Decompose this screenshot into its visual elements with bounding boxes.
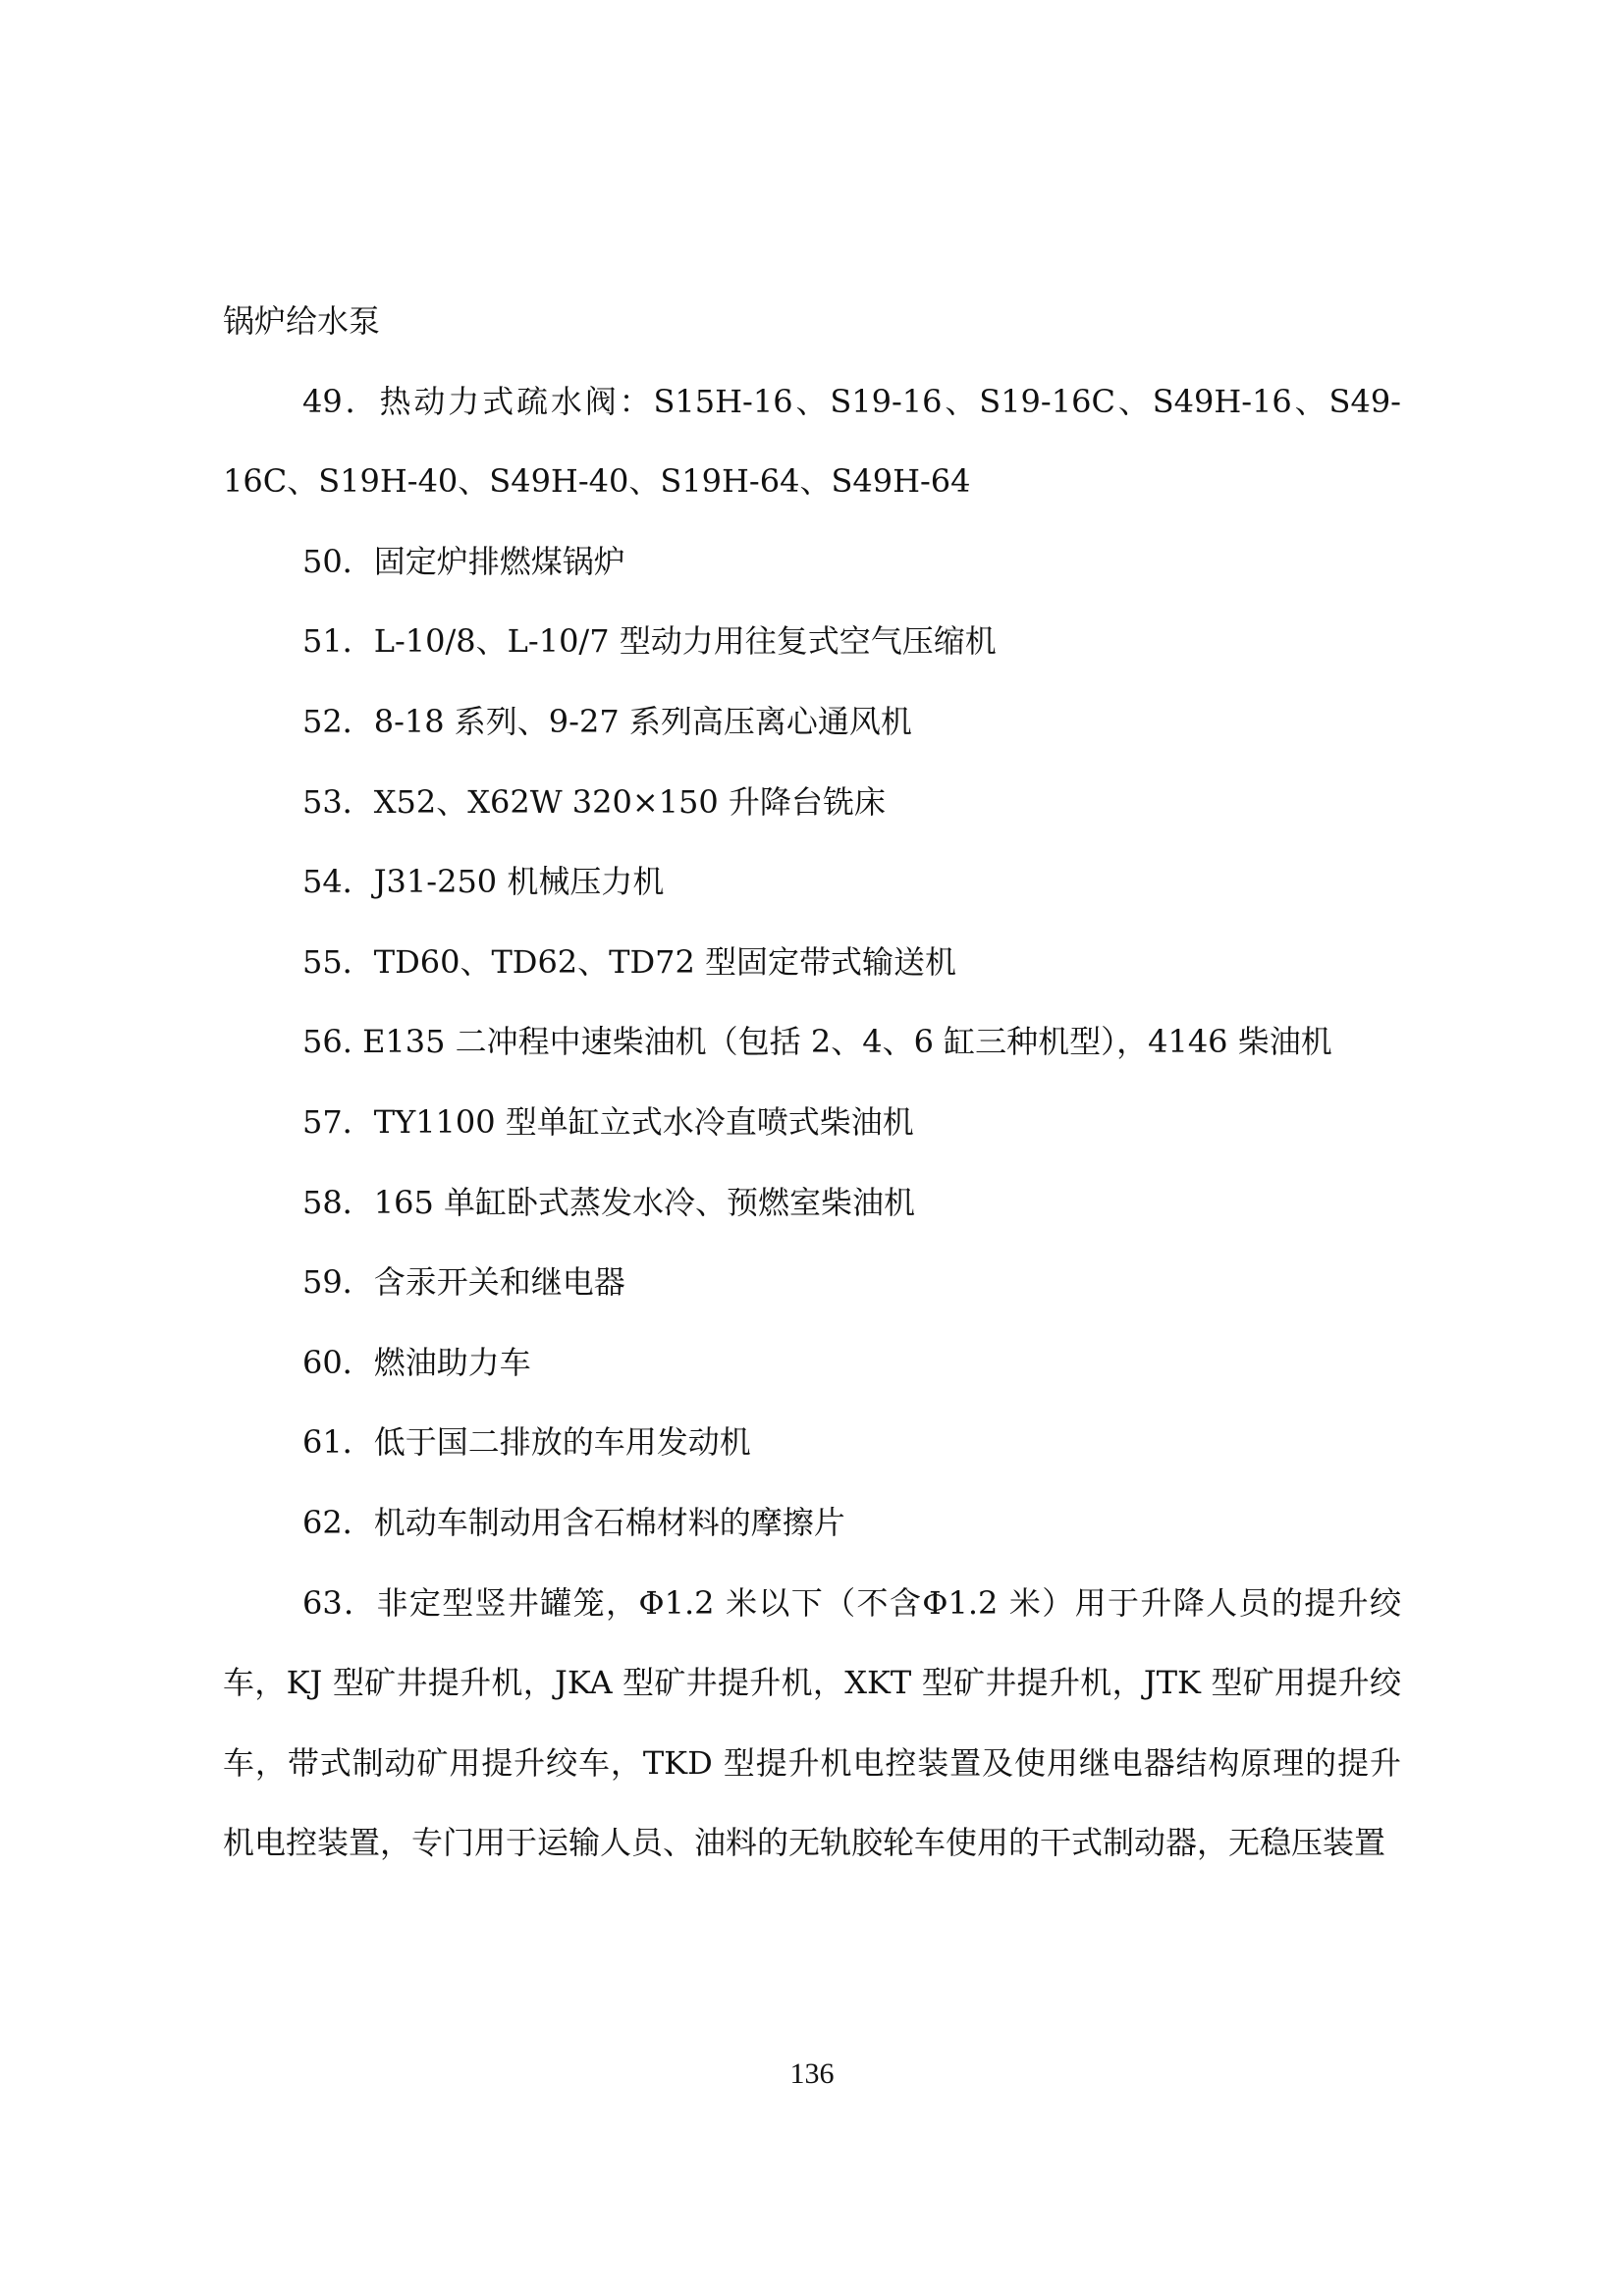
list-item-51: 51．L-10/8、L-10/7 型动力用往复式空气压缩机 <box>223 602 1401 682</box>
list-item-57: 57．TY1100 型单缸立式水冷直喷式柴油机 <box>223 1083 1401 1163</box>
list-item-58: 58．165 单缸卧式蒸发水冷、预燃室柴油机 <box>223 1163 1401 1244</box>
page-number: 136 <box>0 2057 1624 2091</box>
list-item-50: 50．固定炉排燃煤锅炉 <box>223 522 1401 603</box>
list-item-59: 59．含汞开关和继电器 <box>223 1243 1401 1323</box>
list-item-54: 54．J31-250 机械压力机 <box>223 842 1401 923</box>
list-item-52: 52．8-18 系列、9-27 系列高压离心通风机 <box>223 682 1401 763</box>
document-page: 锅炉给水泵 49．热动力式疏水阀：S15H-16、S19-16、S19-16C、… <box>0 0 1624 2296</box>
paragraph-continuation: 锅炉给水泵 <box>223 282 1401 362</box>
list-item-55: 55．TD60、TD62、TD72 型固定带式输送机 <box>223 923 1401 1003</box>
list-item-63: 63．非定型竖井罐笼，Φ1.2 米以下（不含Φ1.2 米）用于升降人员的提升绞车… <box>223 1564 1401 1884</box>
list-item-49: 49．热动力式疏水阀：S15H-16、S19-16、S19-16C、S49H-1… <box>223 362 1401 522</box>
list-item-60: 60．燃油助力车 <box>223 1323 1401 1404</box>
list-item-53: 53．X52、X62W 320×150 升降台铣床 <box>223 763 1401 843</box>
body-text: 锅炉给水泵 49．热动力式疏水阀：S15H-16、S19-16、S19-16C、… <box>223 282 1401 1884</box>
list-item-61: 61．低于国二排放的车用发动机 <box>223 1403 1401 1483</box>
list-item-56: 56. E135 二冲程中速柴油机（包括 2、4、6 缸三种机型），4146 柴… <box>223 1002 1401 1083</box>
list-item-62: 62．机动车制动用含石棉材料的摩擦片 <box>223 1483 1401 1564</box>
